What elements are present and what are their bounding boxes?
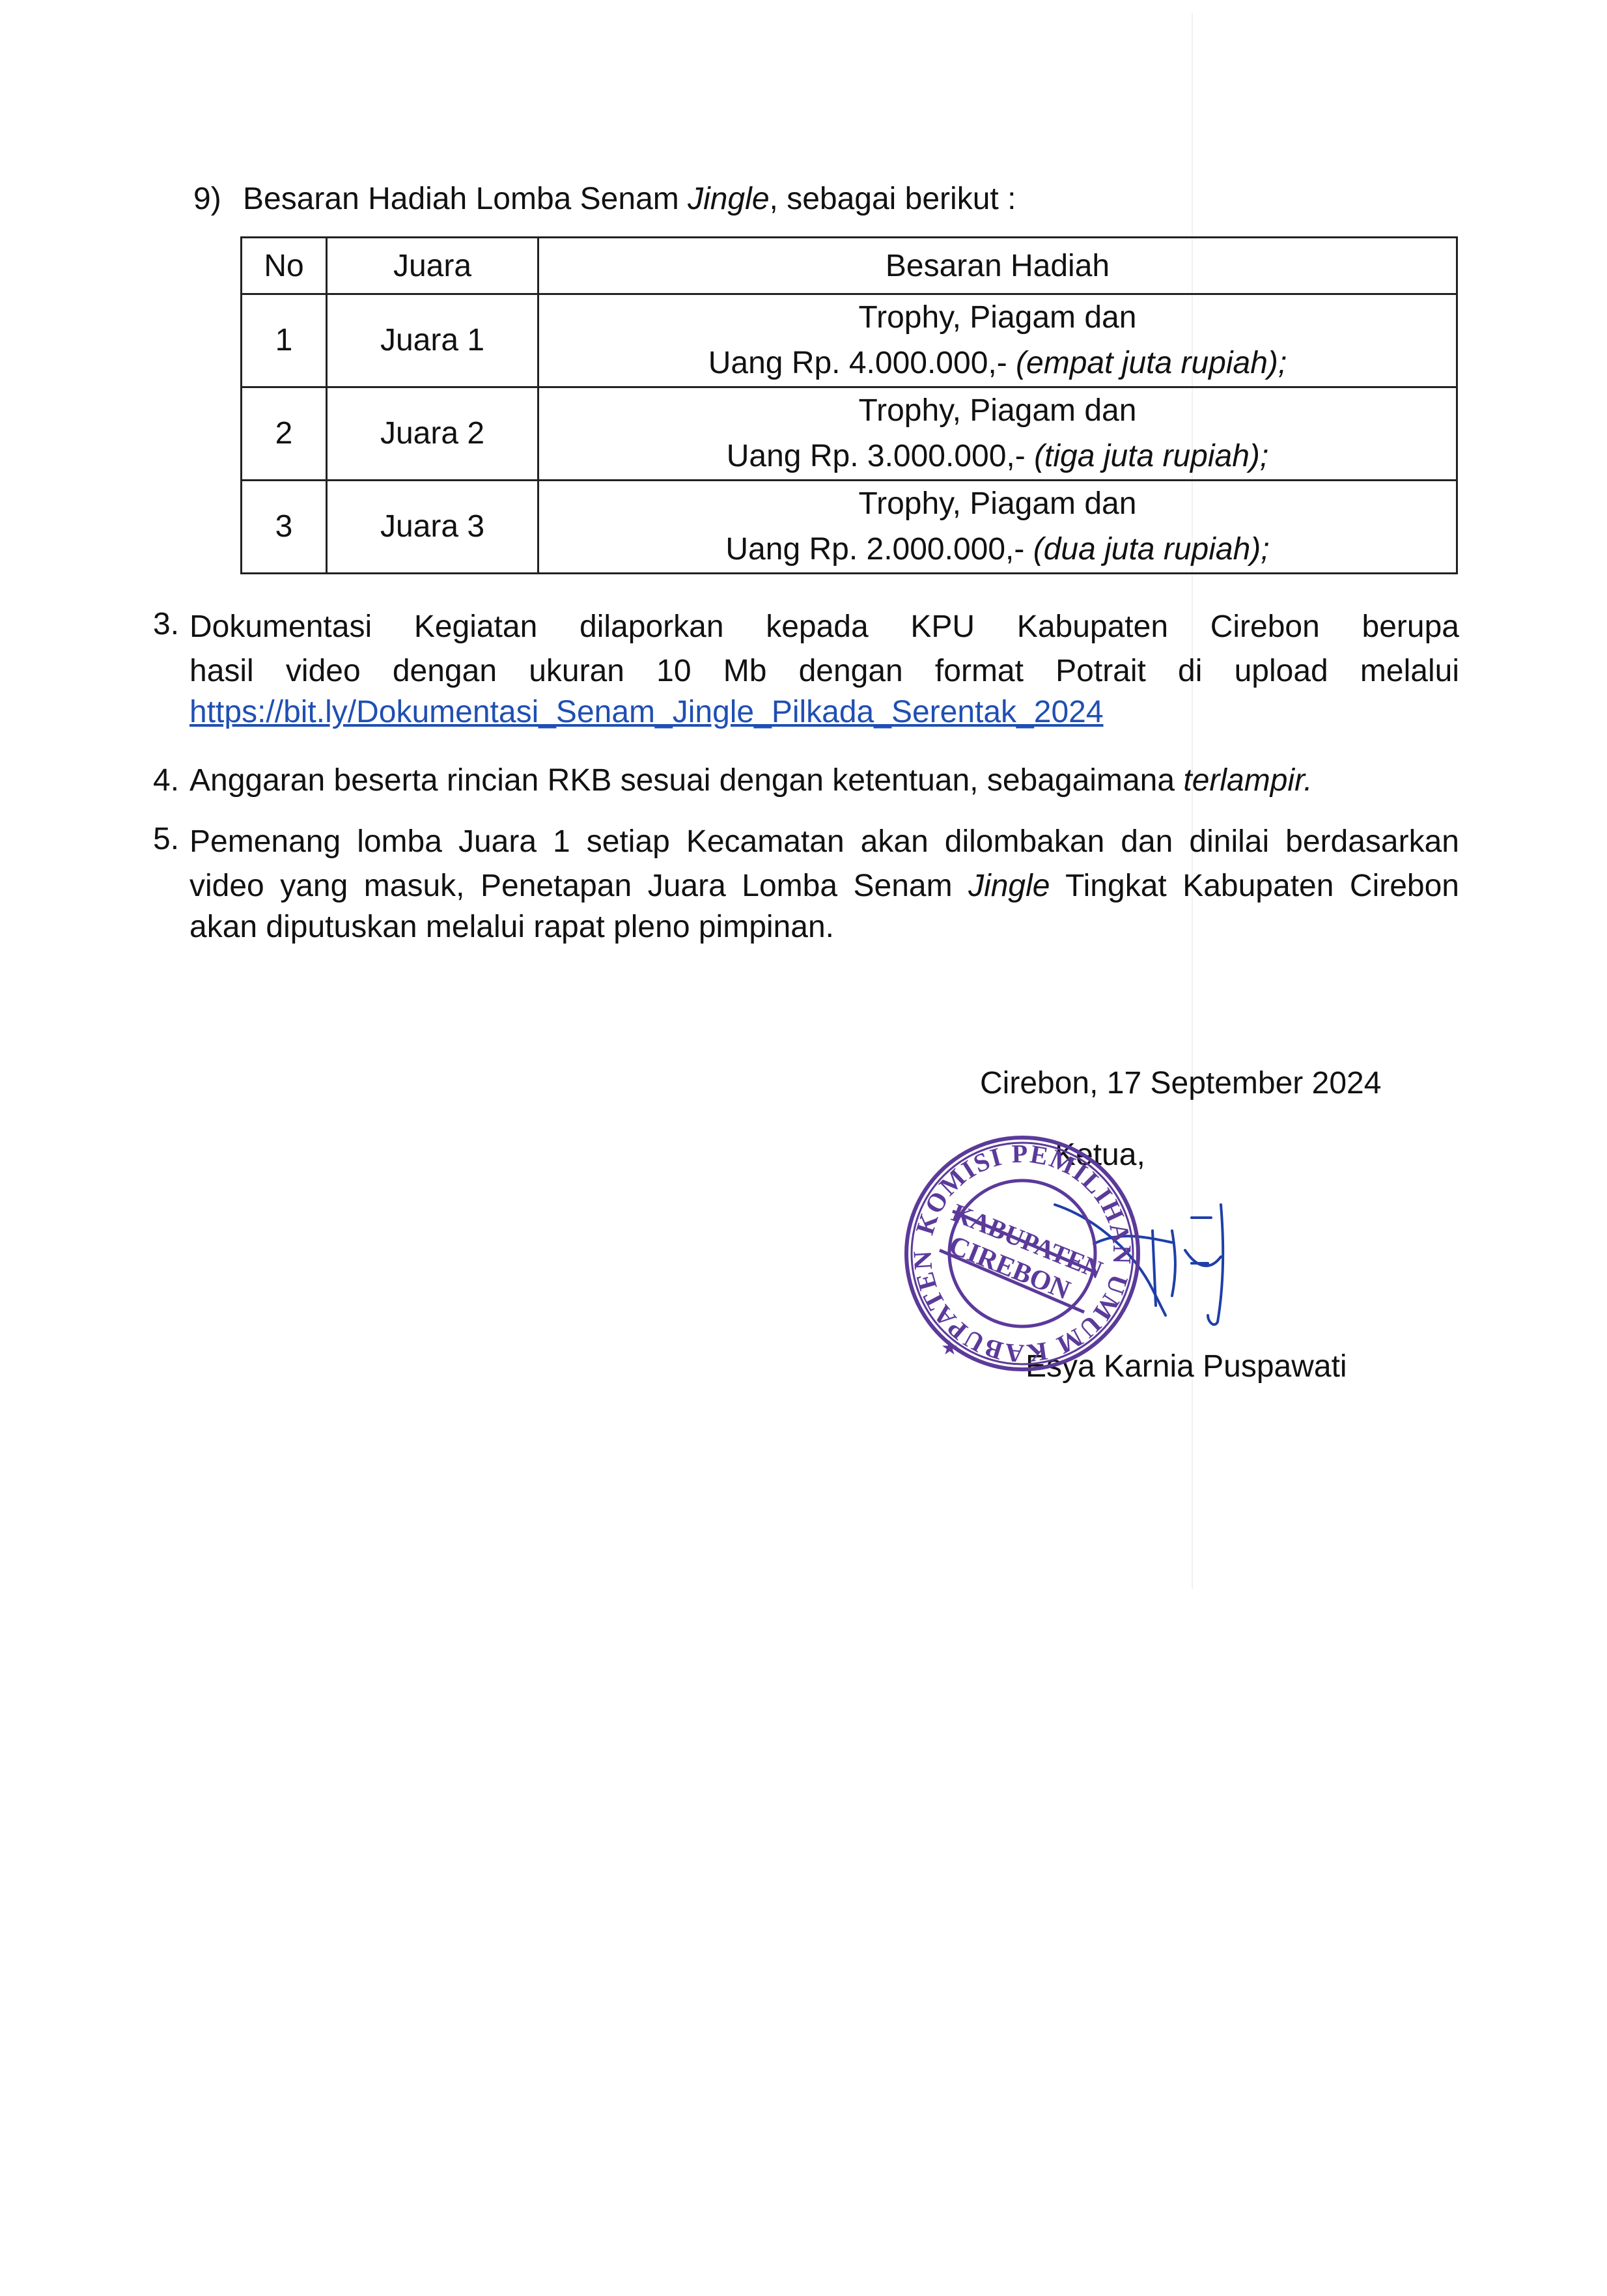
prize-line1: Trophy, Piagam dan	[539, 481, 1456, 527]
item-3-line1: Dokumentasi Kegiatan dilaporkan kepada K…	[189, 609, 1459, 645]
item-4-marker: 4.	[153, 765, 179, 796]
cell-hadiah: Trophy, Piagam danUang Rp. 4.000.000,- (…	[538, 294, 1457, 387]
cell-hadiah: Trophy, Piagam danUang Rp. 3.000.000,- (…	[538, 387, 1457, 481]
cell-juara: Juara 1	[327, 294, 538, 387]
prize-table: No Juara Besaran Hadiah 1 Juara 1 Trophy…	[240, 236, 1458, 574]
title-italic: Jingle	[688, 182, 769, 216]
section-title: Besaran Hadiah Lomba Senam Jingle, sebag…	[243, 184, 1016, 215]
prize-words: (dua juta rupiah);	[1033, 532, 1270, 567]
prize-line1: Trophy, Piagam dan	[539, 388, 1456, 434]
prize-amount: Uang Rp. 2.000.000,-	[725, 532, 1033, 567]
header-hadiah: Besaran Hadiah	[538, 238, 1457, 294]
item-5-marker: 5.	[153, 824, 179, 855]
stamp-icon: KOMISI PEMILIHAN UMUM KABUPATEN KABUPATE…	[902, 1133, 1143, 1374]
table-row: 2 Juara 2 Trophy, Piagam danUang Rp. 3.0…	[242, 387, 1457, 481]
cell-no: 3	[242, 481, 327, 574]
table-row: 3 Juara 3 Trophy, Piagam danUang Rp. 2.0…	[242, 481, 1457, 574]
cell-juara: Juara 3	[327, 481, 538, 574]
stamp-star-icon: ★	[941, 1337, 958, 1359]
table-header-row: No Juara Besaran Hadiah	[242, 238, 1457, 294]
prize-amount: Uang Rp. 4.000.000,-	[708, 346, 1016, 380]
prize-words: (tiga juta rupiah);	[1034, 439, 1268, 473]
item-5-line2: video yang masuk, Penetapan Juara Lomba …	[189, 868, 1459, 904]
item-4-body: Anggaran beserta rincian RKB sesuai deng…	[189, 763, 1183, 798]
cell-no: 1	[242, 294, 327, 387]
prize-amount: Uang Rp. 3.000.000,-	[727, 439, 1034, 473]
title-text: Besaran Hadiah Lomba Senam	[243, 182, 688, 216]
item-4-italic: terlampir.	[1183, 763, 1312, 798]
item-3-marker: 3.	[153, 609, 179, 640]
header-no: No	[242, 238, 327, 294]
place-date: Cirebon, 17 September 2024	[980, 1068, 1381, 1099]
prize-line2: Uang Rp. 3.000.000,- (tiga juta rupiah);	[539, 434, 1456, 479]
table-row: 1 Juara 1 Trophy, Piagam danUang Rp. 4.0…	[242, 294, 1457, 387]
cell-hadiah: Trophy, Piagam danUang Rp. 2.000.000,- (…	[538, 481, 1457, 574]
prize-line2: Uang Rp. 4.000.000,- (empat juta rupiah)…	[539, 341, 1456, 386]
item-5-line2-italic: Jingle	[968, 869, 1050, 903]
prize-line2: Uang Rp. 2.000.000,- (dua juta rupiah);	[539, 527, 1456, 572]
item-4-text: Anggaran beserta rincian RKB sesuai deng…	[189, 765, 1313, 796]
documentation-link[interactable]: https://bit.ly/Dokumentasi_Senam_Jingle_…	[189, 695, 1104, 729]
section-marker: 9)	[193, 184, 221, 215]
item-3-link-wrap: https://bit.ly/Dokumentasi_Senam_Jingle_…	[189, 697, 1104, 728]
item-5-line2-text: video yang masuk, Penetapan Juara Lomba …	[189, 869, 968, 903]
cell-juara: Juara 2	[327, 387, 538, 481]
cell-no: 2	[242, 387, 327, 481]
prize-words: (empat juta rupiah);	[1016, 346, 1287, 380]
item-5-line1: Pemenang lomba Juara 1 setiap Kecamatan …	[189, 824, 1459, 860]
item-5-line2-end: Tingkat Kabupaten Cirebon	[1050, 869, 1459, 903]
title-text-end: , sebagai berikut :	[770, 182, 1016, 216]
item-3-line2: hasil video dengan ukuran 10 Mb dengan f…	[189, 653, 1459, 689]
item-5-line3: akan diputuskan melalui rapat pleno pimp…	[189, 912, 834, 943]
prize-line1: Trophy, Piagam dan	[539, 295, 1456, 341]
header-juara: Juara	[327, 238, 538, 294]
